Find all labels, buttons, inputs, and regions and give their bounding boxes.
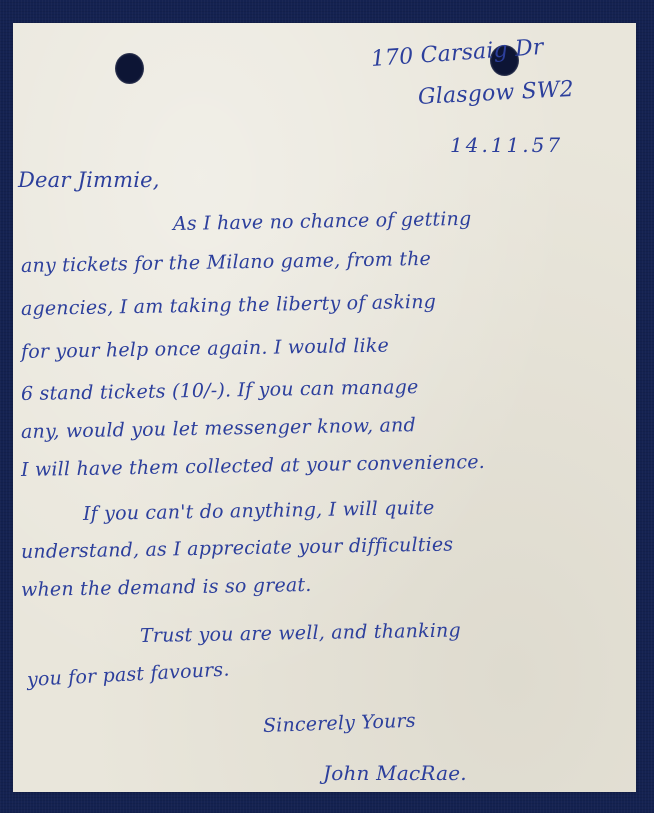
body-line: for your help once again. I would like bbox=[21, 335, 389, 363]
closing: Sincerely Yours bbox=[263, 710, 416, 737]
letter-date: 14.11.57 bbox=[450, 133, 563, 157]
body-line: any tickets for the Milano game, from th… bbox=[21, 248, 431, 277]
sender-address-city: Glasgow SW2 bbox=[417, 77, 574, 110]
body-line: I will have them collected at your conve… bbox=[21, 451, 485, 481]
body-line: 6 stand tickets (10/-). If you can manag… bbox=[21, 376, 419, 405]
punch-hole bbox=[115, 53, 144, 84]
letter-paper: 170 Carsaig Dr Glasgow SW2 14.11.57 Dear… bbox=[13, 23, 636, 792]
body-line: If you can't do anything, I will quite bbox=[83, 497, 435, 525]
signature: John MacRae. bbox=[323, 761, 467, 785]
body-line: when the demand is so great. bbox=[21, 574, 312, 601]
body-line: understand, as I appreciate your difficu… bbox=[21, 533, 454, 563]
body-line: Trust you are well, and thanking bbox=[140, 619, 461, 647]
body-line: any, would you let messenger know, and bbox=[21, 414, 416, 443]
sender-address-street: 170 Carsaig Dr bbox=[370, 35, 544, 72]
body-line: agencies, I am taking the liberty of ask… bbox=[21, 291, 436, 320]
body-line: you for past favours. bbox=[26, 658, 230, 691]
body-line: As I have no chance of getting bbox=[173, 208, 472, 235]
salutation: Dear Jimmie, bbox=[18, 168, 160, 192]
